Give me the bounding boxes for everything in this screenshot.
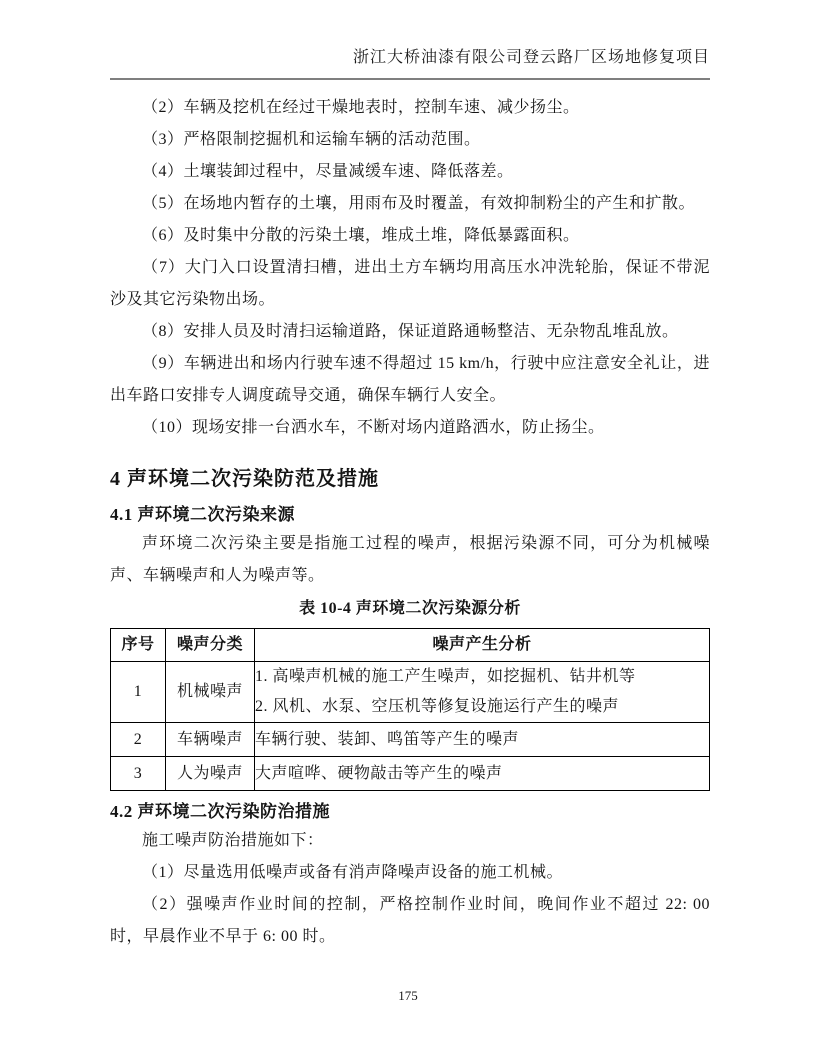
- measure-item-5: （5）在场地内暂存的土壤，用雨布及时覆盖，有效抑制粉尘的产生和扩散。: [110, 188, 710, 220]
- section-4-heading: 4 声环境二次污染防范及措施: [110, 464, 710, 494]
- row2-serial: 2: [111, 723, 166, 757]
- row3-analysis-line1: 大声喧哗、硬物敲击等产生的噪声: [255, 759, 709, 789]
- page-header: 浙江大桥油漆有限公司登云路厂区场地修复项目: [110, 0, 710, 80]
- row3-serial: 3: [111, 757, 166, 791]
- col-header-category: 噪声分类: [166, 629, 255, 662]
- page-number: 175: [398, 988, 418, 1003]
- document-body: （2）车辆及挖机在经过干燥地表时，控制车速、减少扬尘。 （3）严格限制挖掘机和运…: [110, 92, 710, 953]
- header-rule: [110, 78, 710, 80]
- table-caption: 表 10-4 声环境二次污染源分析: [110, 596, 710, 622]
- measure-item-6: （6）及时集中分散的污染土壤，堆成土堆，降低暴露面积。: [110, 220, 710, 252]
- measure-item-8: （8）安排人员及时清扫运输道路，保证道路通畅整洁、无杂物乱堆乱放。: [110, 316, 710, 348]
- measure-item-4: （4）土壤装卸过程中，尽量减缓车速、降低落差。: [110, 156, 710, 188]
- section-4-1-heading: 4.1 声环境二次污染来源: [110, 502, 710, 528]
- section-4-2-intro: 施工噪声防治措施如下：: [110, 825, 710, 857]
- noise-measure-item-2: （2）强噪声作业时间的控制，严格控制作业时间，晚间作业不超过 22: 00 时，…: [110, 889, 710, 953]
- noise-source-table: 序号 噪声分类 噪声产生分析 1 机械噪声 1. 高噪声机械的施工产生噪声，如挖…: [110, 628, 710, 791]
- row2-category: 车辆噪声: [166, 723, 255, 757]
- document-page: 浙江大桥油漆有限公司登云路厂区场地修复项目 （2）车辆及挖机在经过干燥地表时，控…: [0, 0, 816, 1056]
- row3-analysis: 大声喧哗、硬物敲击等产生的噪声: [255, 757, 710, 791]
- noise-measure-item-1: （1）尽量选用低噪声或备有消声降噪声设备的施工机械。: [110, 857, 710, 889]
- table-header-row: 序号 噪声分类 噪声产生分析: [111, 629, 710, 662]
- section-4-1-paragraph: 声环境二次污染主要是指施工过程的噪声，根据污染源不同，可分为机械噪声、车辆噪声和…: [110, 528, 710, 592]
- row2-analysis-line1: 车辆行驶、装卸、鸣笛等产生的噪声: [255, 725, 709, 755]
- measure-item-2: （2）车辆及挖机在经过干燥地表时，控制车速、减少扬尘。: [110, 92, 710, 124]
- row1-analysis-line2: 2. 风机、水泵、空压机等修复设施运行产生的噪声: [255, 692, 709, 722]
- measure-item-3: （3）严格限制挖掘机和运输车辆的活动范围。: [110, 124, 710, 156]
- row2-analysis: 车辆行驶、装卸、鸣笛等产生的噪声: [255, 723, 710, 757]
- col-header-serial: 序号: [111, 629, 166, 662]
- page-footer: 175: [0, 988, 816, 1004]
- row1-analysis: 1. 高噪声机械的施工产生噪声，如挖掘机、钻井机等 2. 风机、水泵、空压机等修…: [255, 662, 710, 723]
- section-4-2-heading: 4.2 声环境二次污染防治措施: [110, 799, 710, 825]
- row1-analysis-line1: 1. 高噪声机械的施工产生噪声，如挖掘机、钻井机等: [255, 662, 709, 692]
- row1-category: 机械噪声: [166, 662, 255, 723]
- table-row-3: 3 人为噪声 大声喧哗、硬物敲击等产生的噪声: [111, 757, 710, 791]
- row3-category: 人为噪声: [166, 757, 255, 791]
- row1-serial: 1: [111, 662, 166, 723]
- col-header-analysis: 噪声产生分析: [255, 629, 710, 662]
- table-row-2: 2 车辆噪声 车辆行驶、装卸、鸣笛等产生的噪声: [111, 723, 710, 757]
- table-row-1: 1 机械噪声 1. 高噪声机械的施工产生噪声，如挖掘机、钻井机等 2. 风机、水…: [111, 662, 710, 723]
- header-title: 浙江大桥油漆有限公司登云路厂区场地修复项目: [110, 46, 710, 70]
- measure-item-7: （7）大门入口设置清扫槽，进出土方车辆均用高压水冲洗轮胎，保证不带泥沙及其它污染…: [110, 252, 710, 316]
- measure-item-10: （10）现场安排一台洒水车，不断对场内道路洒水，防止扬尘。: [110, 412, 710, 444]
- measure-item-9: （9）车辆进出和场内行驶车速不得超过 15 km/h，行驶中应注意安全礼让，进出…: [110, 348, 710, 412]
